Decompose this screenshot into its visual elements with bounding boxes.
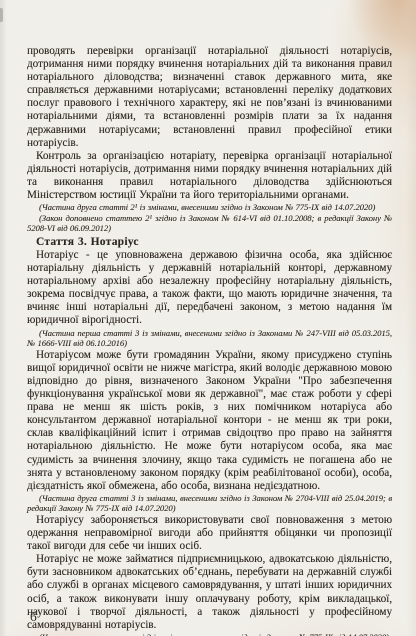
amendment-citation: (Частина четверта статті 3 із змінами, в… [27,632,392,636]
body-paragraph: проводять перевірки організації нотаріал… [27,45,392,150]
amendment-citation: (Закон доповнено статтею 2¹ згідно із За… [27,213,392,234]
scanned-law-page: проводять перевірки організації нотаріал… [0,0,416,636]
text-block: проводять перевірки організації нотаріал… [27,45,392,636]
scan-edge-artifact [0,8,3,22]
amendment-citation: (Частина перша статті 3 із змінами, внес… [27,328,392,349]
body-paragraph: Нотаріусом може бути громадянин України,… [27,349,392,493]
page-number: 6 [30,609,37,625]
body-paragraph: Нотаріус не може займатися підприємницьк… [27,553,392,632]
body-paragraph: Нотаріус - це уповноважена державою фізи… [27,249,392,328]
body-paragraph: Нотаріусу забороняється використовувати … [27,514,392,553]
body-paragraph: Контроль за організацією нотаріату, пере… [27,150,392,202]
amendment-citation: (Частина друга статті 3 із змінами, внес… [27,493,392,514]
article-heading: Стаття 3. Нотаріус [27,236,392,249]
amendment-citation: (Частина друга статті 2¹ із змінами, вне… [27,202,392,213]
